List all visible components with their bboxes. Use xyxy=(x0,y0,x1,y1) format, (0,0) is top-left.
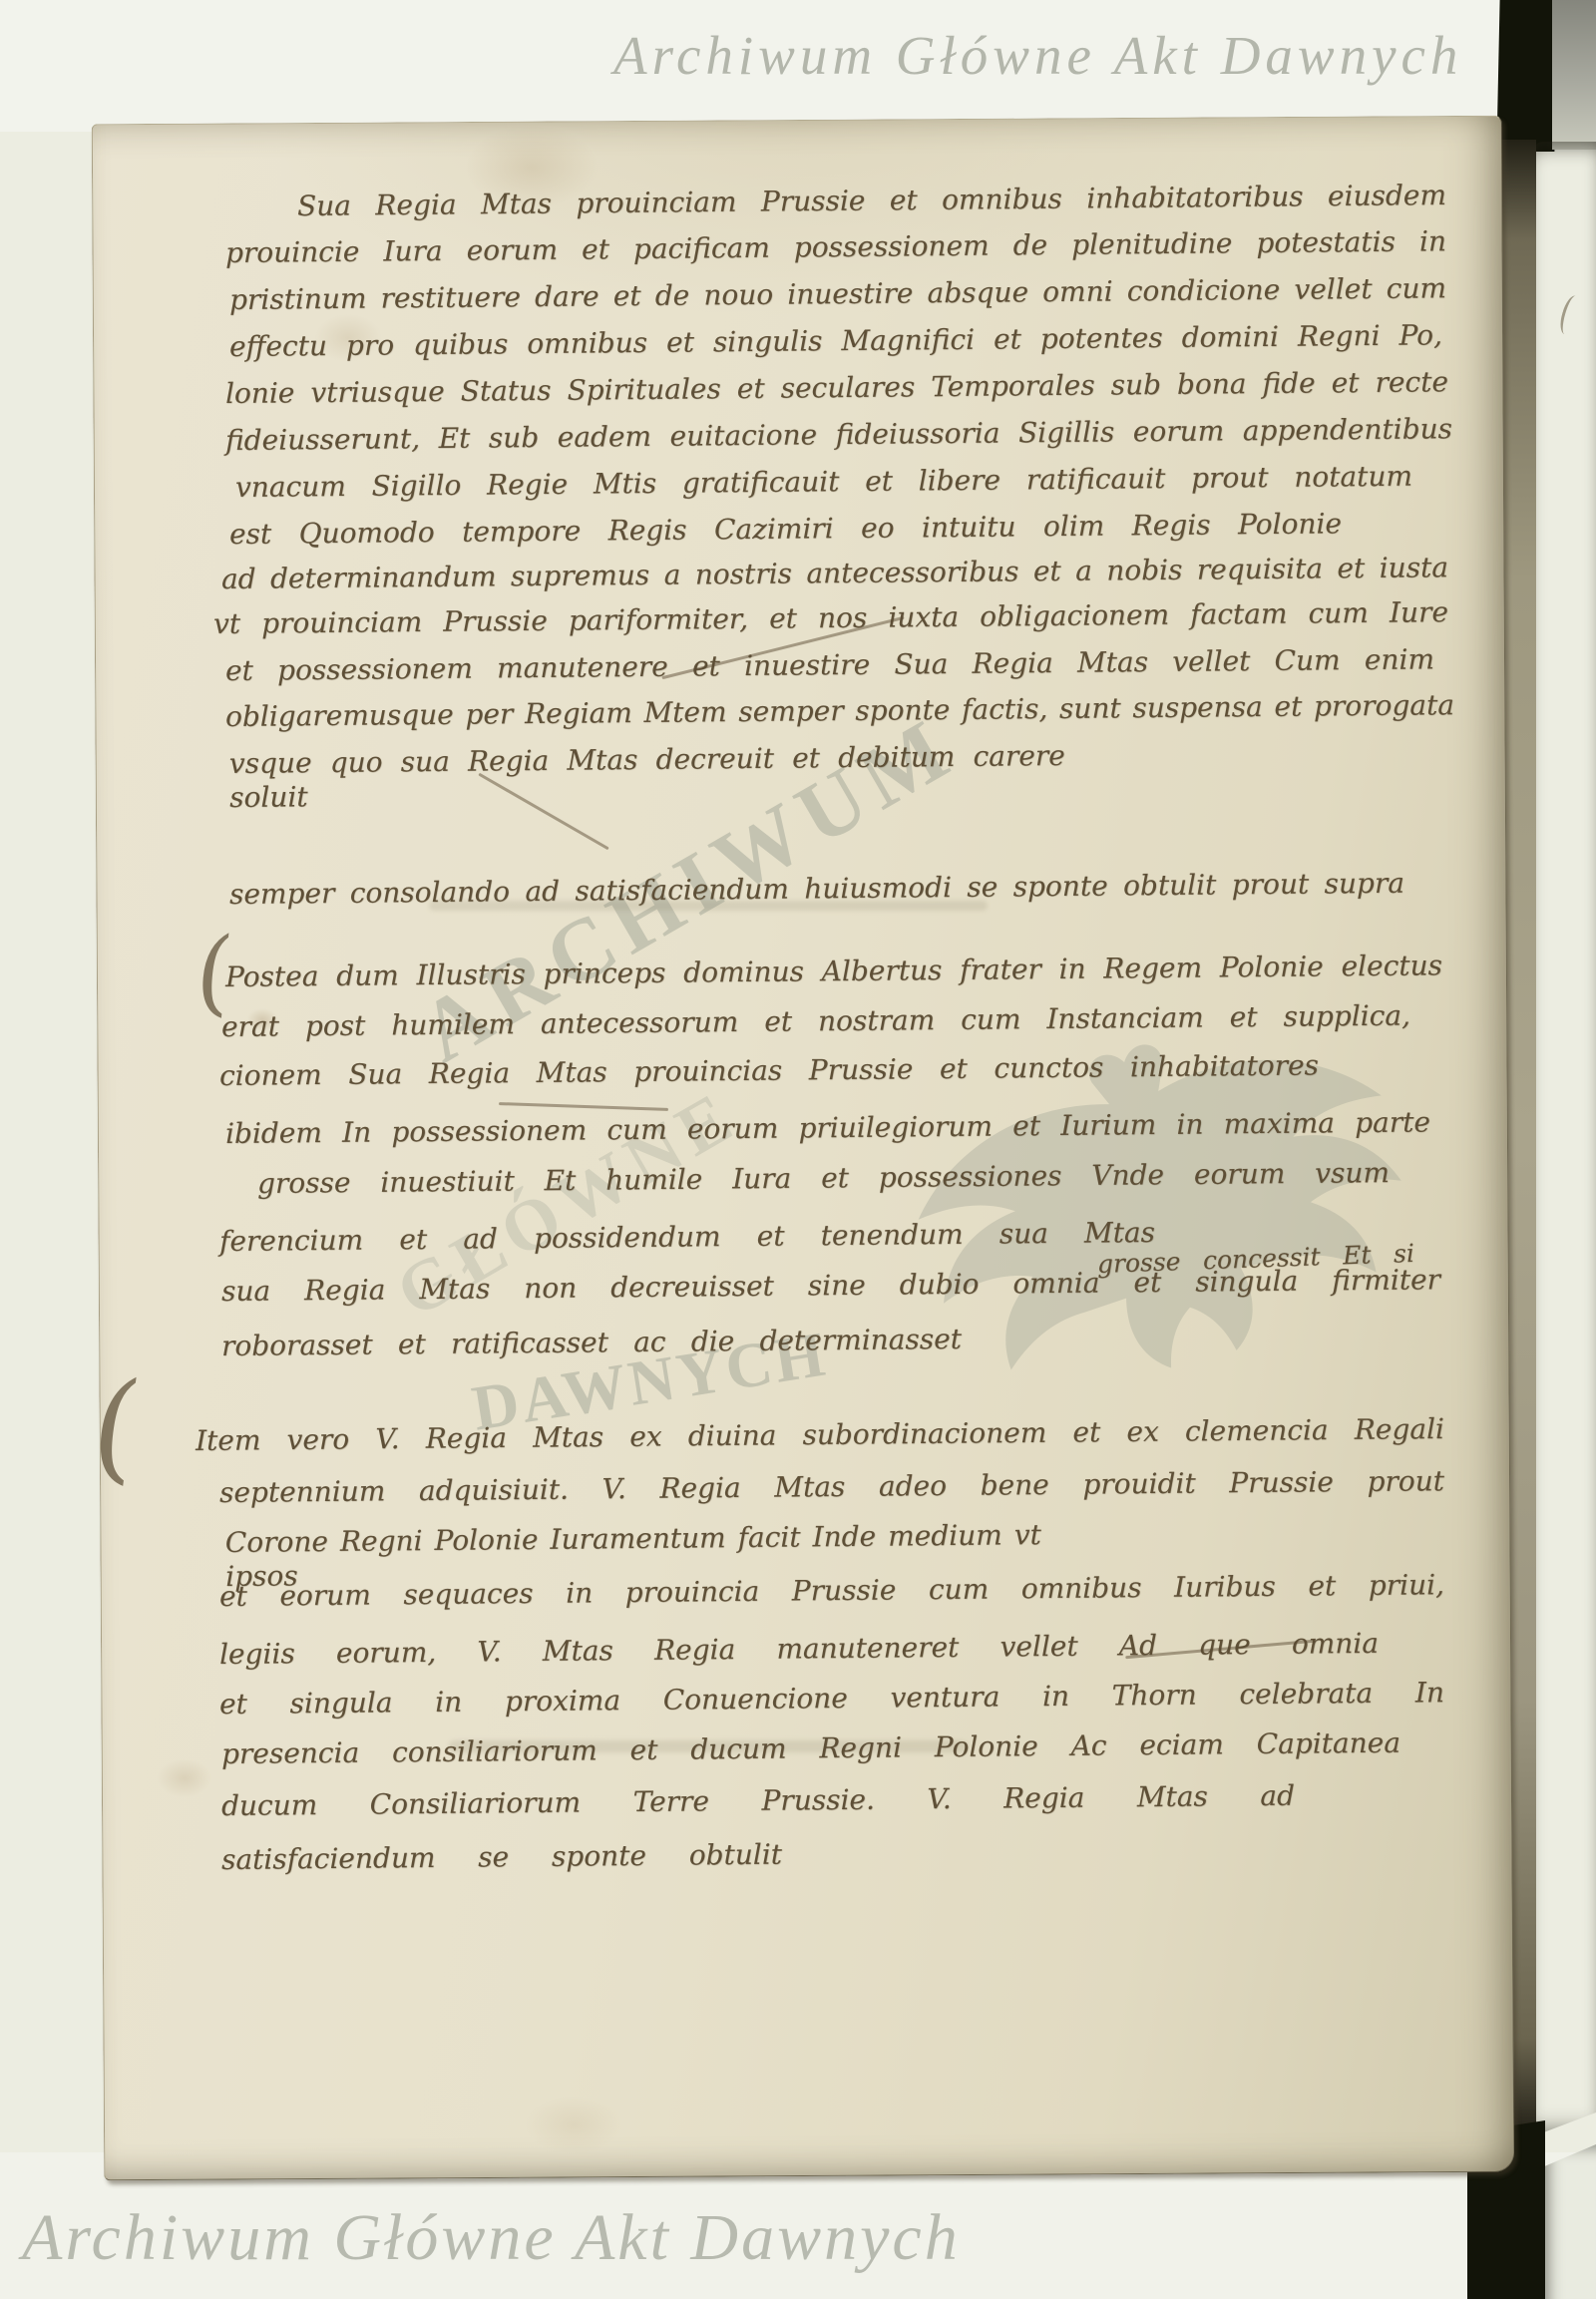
manuscript-scan: ARCHIWUM GŁÓWNE DAWNYCH ( ( Sua Regia Mt… xyxy=(0,0,1596,2299)
paragraph-flourish: ( xyxy=(88,1367,142,1488)
shadow-corner-top-right xyxy=(1552,0,1596,150)
manuscript-line: satisfaciendum se sponte obtulit xyxy=(221,1838,782,1877)
manuscript-line: vsque quo sua Regia Mtas decreuit et deb… xyxy=(229,739,1066,815)
watermark-text-bottom: Archiwum Główne Akt Dawnych xyxy=(22,2200,961,2276)
facing-leaf-edge xyxy=(1533,142,1596,2136)
black-binding-top xyxy=(1496,0,1557,152)
mat-patch-bottom-right xyxy=(1545,2144,1596,2299)
manuscript-line: roborasset et ratificasset ac die determ… xyxy=(221,1323,962,1363)
watermark-text-top: Archiwum Główne Akt Dawnych xyxy=(613,24,1462,87)
